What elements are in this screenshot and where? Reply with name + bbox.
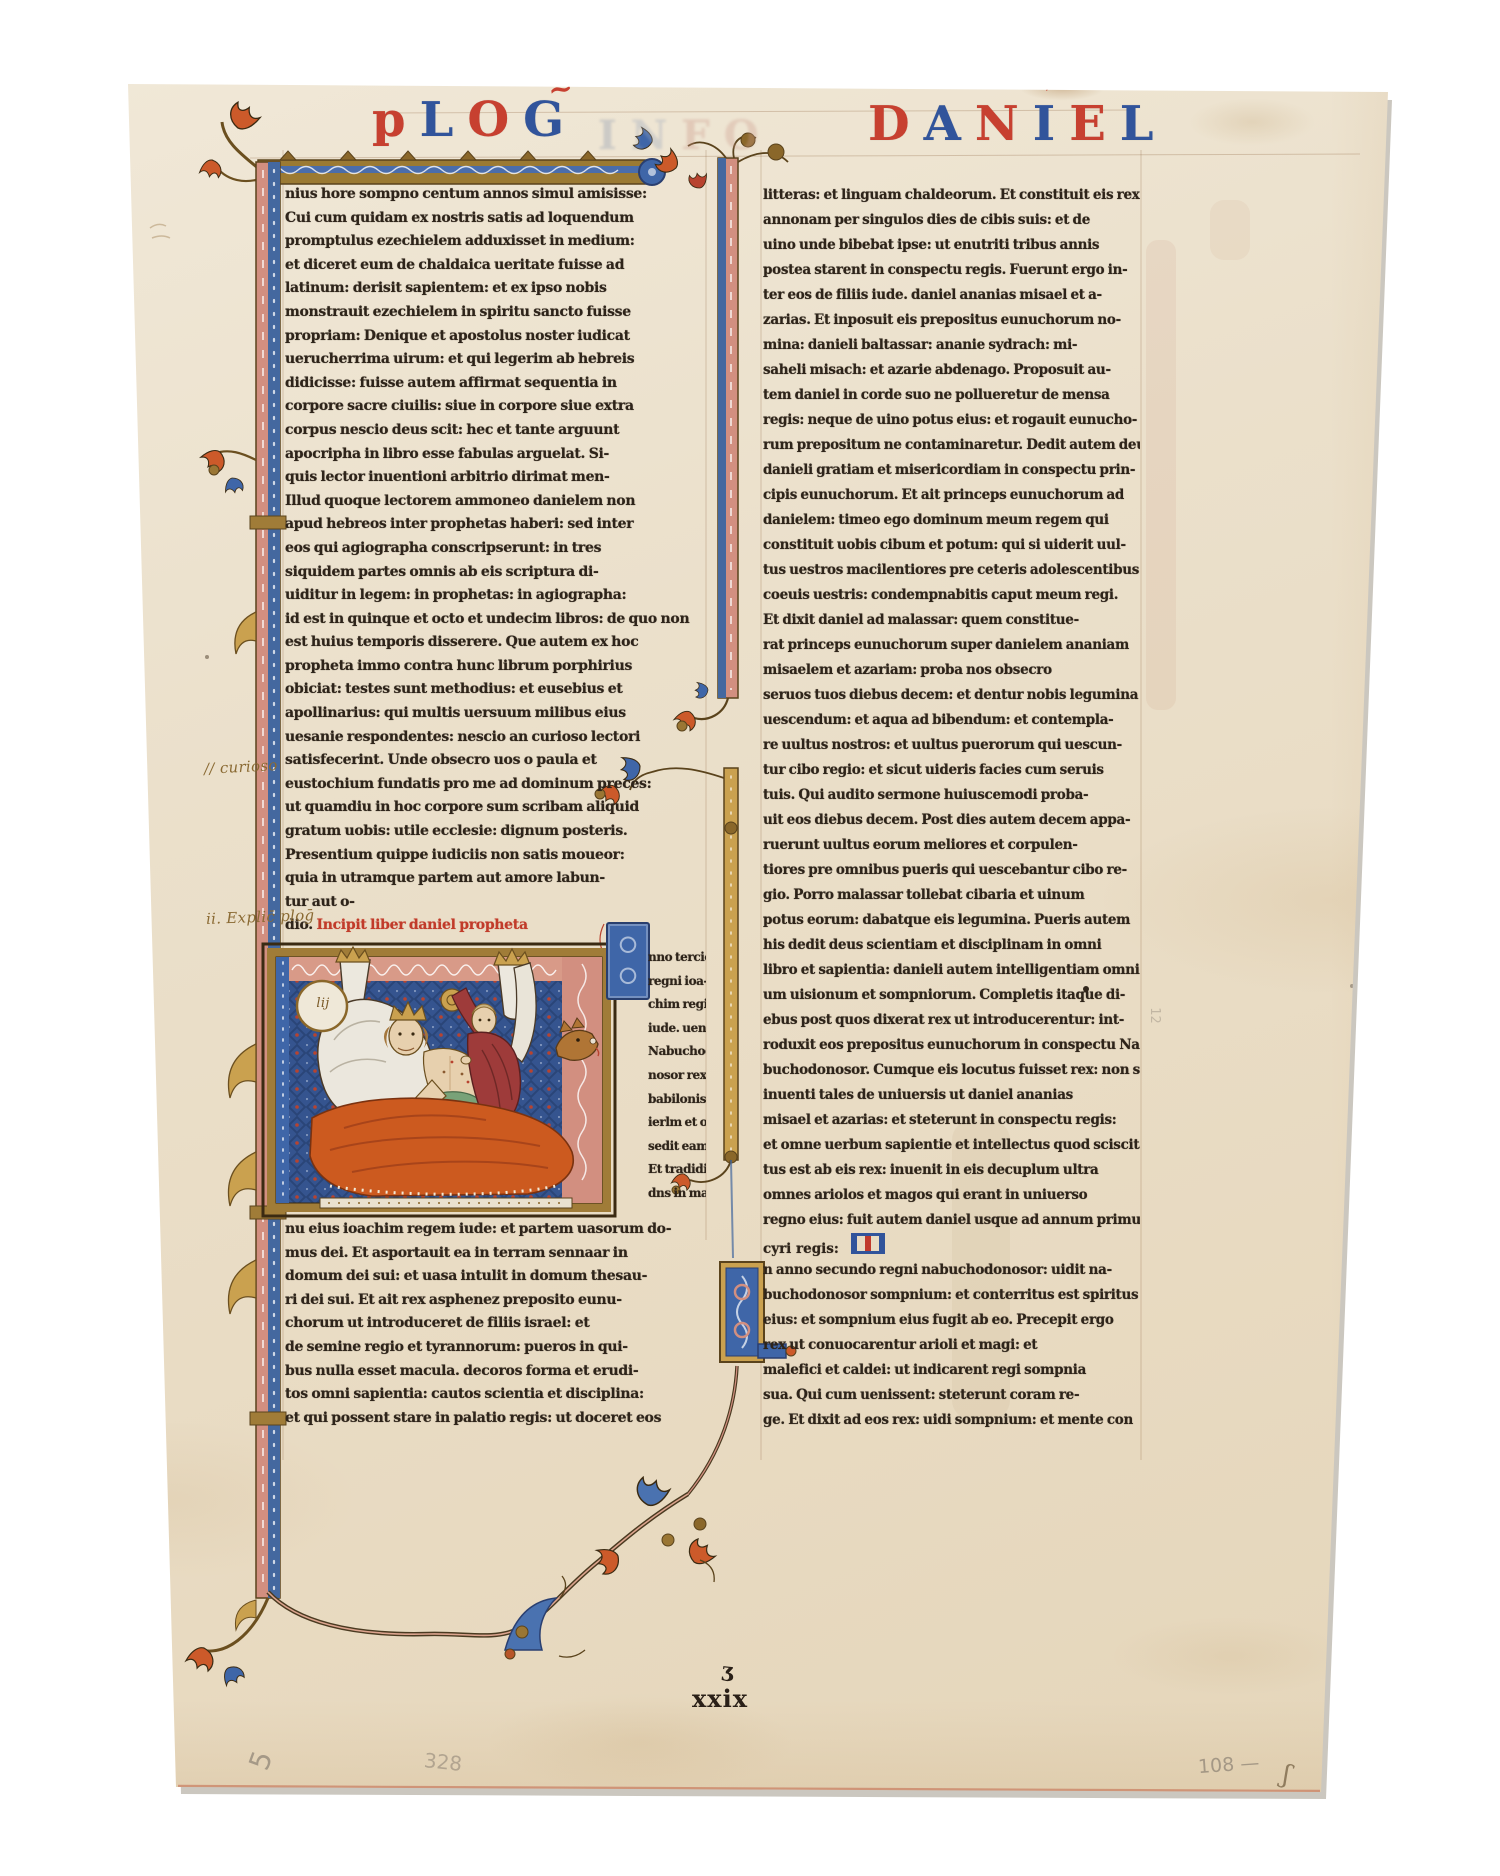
daniel1-text-line: tur cibo regio: et sicut uideris facies … [763, 758, 1140, 783]
manuscript-photo-page: { "page_type": "illuminated-manuscript-l… [0, 0, 1500, 1876]
quire-flourish: ʒ [721, 1657, 735, 1682]
prologue-text-line: uerucherrima uirum: et qui legerim ab he… [285, 348, 706, 372]
daniel1-text-line: potus eorum: dabatque eis legumina. Puer… [763, 908, 1140, 933]
daniel1-text-line: regno eius: fuit autem daniel usque ad a… [763, 1208, 1140, 1233]
daniel1-text-line: roduxit eos prepositus eunuchorum in con… [763, 1033, 1140, 1058]
prologue-text-line: tur aut o- [285, 891, 706, 915]
daniel1-text-line: tuis. Qui audito sermone huiuscemodi pro… [763, 783, 1140, 808]
daniel1-text-line: ter eos de filiis iude. daniel ananias m… [763, 283, 1140, 308]
prologue-text-line: uiditur in legem: in prophetas: in agiog… [285, 584, 706, 608]
daniel1-text-line: chorum ut introduceret de filiis israel:… [285, 1312, 706, 1336]
daniel1-text-line: ruerunt uultus eorum meliores et corpule… [763, 833, 1140, 858]
initial-a-anno [606, 922, 650, 1000]
narrow-text-line: dns in ma- [648, 1182, 706, 1206]
daniel2-text-line: ge. Et dixit ad eos rex: uidi sompnium: … [763, 1408, 1140, 1433]
daniel1-text-line: tos omni sapientia: cautos scientia et d… [285, 1383, 706, 1407]
roundel-inscription: lij [306, 996, 340, 1011]
daniel1-text-line: nu eius ioachim regem iude: et partem ua… [285, 1218, 706, 1242]
daniel1-text-line: uit eos diebus decem. Post dies autem de… [763, 808, 1140, 833]
quire-signature: xxix [692, 1684, 748, 1713]
prologue-text-line: siquidem partes omnis ab eis scriptura d… [285, 561, 706, 585]
daniel1-text-line: um uisionum et sompniorum. Completis ita… [763, 983, 1140, 1008]
daniel1-text-line: tiores pre omnibus pueris qui uescebantu… [763, 858, 1140, 883]
prologue-text-line: apollinarius: qui multis uersuum milibus… [285, 702, 706, 726]
prologue-text-line: Presentium quippe iudiciis non satis mou… [285, 844, 706, 868]
narrow-text-line: nno tercio [648, 946, 706, 970]
bottom-vine-flourish [268, 1469, 716, 1659]
daniel1-text-line: constituit uobis cibum et potum: qui si … [763, 533, 1140, 558]
bed [310, 1098, 573, 1208]
pencil-mark-bottom-left: 5 [242, 1746, 279, 1774]
pencil-mark-sideways-12: 12 [1147, 1007, 1162, 1024]
daniel1-text-line: re uultus nostros: et uultus puerorum qu… [763, 733, 1140, 758]
prologue-text-line: Cui cum quidam ex nostris satis ad loque… [285, 207, 706, 231]
daniel1-text-line: misaelem et azariam: proba nos obsecro [763, 658, 1140, 683]
prologue-text-line: gratum uobis: utile ecclesie: dignum pos… [285, 820, 706, 844]
narrow-text-line: Nabuchod- [648, 1040, 706, 1064]
animal-head [556, 1018, 599, 1060]
header-letter: I [1033, 94, 1055, 154]
pencil-mark-328: 328 [423, 1748, 463, 1776]
margin-note-curioso: // curioso [204, 756, 279, 778]
king-figure [318, 999, 483, 1160]
prologue-text-line: Illud quoque lectorem ammoneo danielem n… [285, 490, 706, 514]
daniel1-text-line: inuenti tales de uniuersis ut daniel ana… [763, 1083, 1140, 1108]
chapter-line-text: cyri regis: [763, 1241, 839, 1257]
prologue-text-line: satisfecerint. Unde obsecro uos o paula … [285, 749, 706, 773]
margin-note-explicit-prolog: ii. Explic̄ ploḡ [206, 906, 315, 928]
rubric-incipit: Incipit liber daniel propheta [316, 917, 527, 933]
daniel1-text-line: zarias. Et inposuit eis prepositus eunuc… [763, 308, 1140, 333]
daniel1-text-line: uescendum: et aqua ad bibendum: et conte… [763, 708, 1140, 733]
column-1-narrow-strip: nno tercioregni ioa-chim regisiude. ueni… [648, 946, 706, 1206]
daniel1-text-line: gio. Porro malassar tollebat cibaria et … [763, 883, 1140, 908]
daniel1-text-line: et omne uerbum sapientie et intellectus … [763, 1133, 1140, 1158]
prologue-text-line: id est in quinque et octo et undecim lib… [285, 608, 706, 632]
daniel1-text-line: annonam per singulos dies de cibis suis:… [763, 208, 1140, 233]
daniel1-text-line: domum dei sui: et uasa intulit in domum … [285, 1265, 706, 1289]
faint-margin-marks [150, 224, 170, 238]
daniel1-text-line: danielem: timeo ego dominum meum regem q… [763, 508, 1140, 533]
header-letter: L [420, 90, 454, 150]
daniel1-text-line: mina: danieli baltassar: ananie sydrach:… [763, 333, 1140, 358]
prologue-text-line: propheta immo contra hunc librum porphir… [285, 655, 706, 679]
narrow-text-line: regni ioa- [648, 970, 706, 994]
daniel1-text-line: rat princeps eunuchorum super danielem a… [763, 633, 1140, 658]
header-letter: E [1069, 94, 1106, 154]
daniel1-text-line: danieli gratiam et misericordiam in cons… [763, 458, 1140, 483]
daniel1-text-line: ebus post quos dixerat rex ut introducer… [763, 1008, 1140, 1033]
miniature-pink-panel [562, 957, 602, 1203]
daniel1-text-line: libro et sapientia: danieli autem intell… [763, 958, 1140, 983]
prologue-text-line: latinum: derisit sapientem: et ex ipso n… [285, 277, 706, 301]
daniel1-text-line: seruos tuos diebus decem: et dentur nobi… [763, 683, 1140, 708]
miniature-king-in-bed [263, 944, 615, 1216]
prologue-text-line: apud hebreos inter prophetas haberi: sed… [285, 513, 706, 537]
daniel2-text-line: n anno secundo regni nabuchodonosor: uid… [763, 1258, 1140, 1283]
pencil-mark-108: 108 — [1197, 1752, 1260, 1778]
daniel1-text-line: his dedit deus scientiam et disciplinam … [763, 933, 1140, 958]
header-letter: p [372, 90, 406, 150]
narrow-text-line: babilonis [648, 1088, 706, 1112]
prologue-text-block: nius hore sompno centum annos simul amis… [285, 183, 706, 914]
daniel1-text-line: et qui possent stare in palatio regis: u… [285, 1407, 706, 1431]
header-letter: O [467, 90, 509, 150]
running-header-ghost-offset: INFO [598, 106, 759, 166]
prologue-text-line: ut quamdiu in hoc corpore sum scribam al… [285, 796, 706, 820]
narrow-text-line: Et tradidit [648, 1158, 706, 1182]
prologue-text-line: eos qui agiographa conscripserunt: in tr… [285, 537, 706, 561]
narrow-text-line: ierlm et ob- [648, 1111, 706, 1135]
header-letter: A [924, 94, 961, 154]
column-2: litteras: et linguam chaldeorum. Et cons… [763, 183, 1140, 1233]
daniel2-text-line: sua. Qui cum uenissent: steterunt coram … [763, 1383, 1140, 1408]
prologue-text-line: corpus nescio deus scit: hec et tante ar… [285, 419, 706, 443]
daniel2-text-line: rex ut conuocarentur arioli et magi: et [763, 1333, 1140, 1358]
daniel1-text-line: ri dei sui. Et ait rex asphenez preposit… [285, 1289, 706, 1313]
bed-canopy [336, 947, 536, 1062]
running-header-left: pLOG [372, 90, 564, 150]
prologue-text-line: promptulus ezechielem adduxisset in medi… [285, 230, 706, 254]
chapter-2-line: cyri regis: [763, 1233, 1140, 1258]
narrow-text-line: nosor rex [648, 1064, 706, 1088]
ghost-letter: N [631, 106, 668, 166]
narrow-text-line: chim regis [648, 993, 706, 1017]
attendant-figure [441, 988, 520, 1122]
prologue-text-line: apocripha in libro esse fabulas arguelat… [285, 443, 706, 467]
daniel1-text-line: tem daniel in corde suo ne pollueretur d… [763, 383, 1140, 408]
prologue-text-line: quia in utramque partem aut amore labun- [285, 867, 706, 891]
daniel1-text-line: bus nulla esset macula. decoros forma et… [285, 1360, 706, 1384]
prologue-text-line: didicisse: fuisse autem affirmat sequent… [285, 372, 706, 396]
ink-flourish-bottom-right: ʃ [1279, 1760, 1295, 1791]
running-header-right: DANIEL [868, 94, 1154, 154]
daniel2-text-line: buchodonosor sompnium: et conterritus es… [763, 1283, 1140, 1308]
daniel1-text-line: mus dei. Et asportauit ea in terram senn… [285, 1242, 706, 1266]
column-2-chapter2: n anno secundo regni nabuchodonosor: uid… [763, 1258, 1140, 1433]
daniel1-text-line: tus est ab eis rex: inuenit in eis decup… [763, 1158, 1140, 1183]
prologue-text-line: quis lector inuentioni arbitrio dirimat … [285, 466, 706, 490]
daniel1-text-line: litteras: et linguam chaldeorum. Et cons… [763, 183, 1140, 208]
prologue-text-line: nius hore sompno centum annos simul amis… [285, 183, 706, 207]
prologue-text-line: eustochium fundatis pro me ad dominum pr… [285, 773, 706, 797]
prologue-text-line: obiciat: testes sunt methodius: et euseb… [285, 678, 706, 702]
daniel1-text-line: rum prepositum ne contaminaretur. Dedit … [763, 433, 1140, 458]
header-letter: N [975, 94, 1019, 154]
prologue-text-line: monstrauit ezechielem in spiritu sancto … [285, 301, 706, 325]
daniel1-text-line: tus uestros macilentiores pre ceteris ad… [763, 558, 1140, 583]
narrow-text-line: iude. uenit [648, 1017, 706, 1041]
column-1-lower: nu eius ioachim regem iude: et partem ua… [285, 1218, 706, 1430]
daniel1-text-line: misael et azarias: et steterunt in consp… [763, 1108, 1140, 1133]
daniel2-text-line: eius: et sompnium eius fugit ab eo. Prec… [763, 1308, 1140, 1333]
prologue-text-line: corpore sacre ciuilis: siue in corpore s… [285, 395, 706, 419]
ghost-letter: F [681, 106, 709, 166]
daniel1-text-line: Et dixit daniel ad malassar: quem consti… [763, 608, 1140, 633]
column-1: nius hore sompno centum annos simul amis… [285, 183, 706, 938]
prologue-text-line: est huius temporis disserere. Que autem … [285, 631, 706, 655]
daniel1-text-line: de semine regio et tyrannorum: pueros in… [285, 1336, 706, 1360]
prologue-text-line: propriam: Denique et apostolus noster iu… [285, 325, 706, 349]
header-abbreviation-mark: ~ [546, 70, 576, 108]
daniel1-text-line: uino unde bibebat ipse: ut enutriti trib… [763, 233, 1140, 258]
daniel1-text-line: regis: neque de uino potus eius: et roga… [763, 408, 1140, 433]
vellum-leaf: pLOG ~ INFO DANIEL ~ nius hore sompno ce… [0, 0, 1500, 1876]
daniel1-text-line: buchodonosor. Cumque eis locutus fuisset… [763, 1058, 1140, 1083]
ghost-letter: O [724, 106, 759, 166]
narrow-text-line: sedit eam: [648, 1135, 706, 1159]
daniel1-text-line: coeuis uestris: condempnabitis caput meu… [763, 583, 1140, 608]
ghost-letter: I [598, 106, 617, 166]
prologue-text-line: uesanie respondentes: nescio an curioso … [285, 726, 706, 750]
header-letter: D [868, 94, 910, 154]
daniel2-text-line: malefici et caldei: ut indicarent regi s… [763, 1358, 1140, 1383]
prologue-text-line: et diceret eum de chaldaica ueritate fui… [285, 254, 706, 278]
chapter-numeral-ii [851, 1233, 885, 1254]
daniel1-text-line: postea starent in conspectu regis. Fueru… [763, 258, 1140, 283]
daniel1-text-line: saheli misach: et azarie abdenago. Propo… [763, 358, 1140, 383]
header-letter: L [1120, 94, 1154, 154]
daniel1-text-line: omnes ariolos et magos qui erant in uniu… [763, 1183, 1140, 1208]
border-decoration-layer [0, 0, 1500, 1876]
daniel1-text-line: cipis eunuchorum. Et ait princeps eunuch… [763, 483, 1140, 508]
